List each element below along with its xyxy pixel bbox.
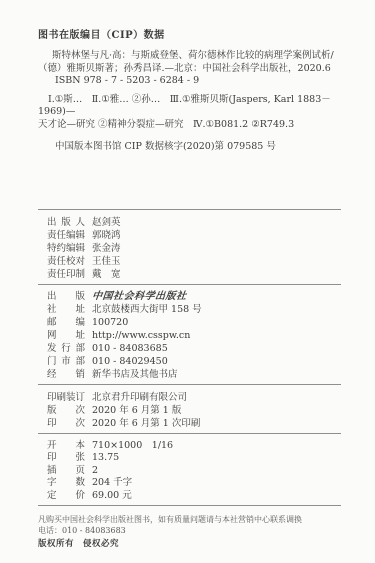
publisher-label: 邮编	[47, 316, 85, 329]
format-value: 204 千字	[92, 477, 132, 488]
publisher-value: 北京鼓楼西大街甲 158 号	[92, 304, 202, 315]
format-row: 开本710×1000 1/16	[47, 440, 341, 453]
cip-description-line1: 斯特林堡与凡·高：与斯威登堡、荷尔德林作比较的病理学案例试析/	[38, 50, 341, 63]
copyright-page: 图书在版编目（CIP）数据 斯特林堡与凡·高：与斯威登堡、荷尔德林作比较的病理学…	[0, 0, 375, 563]
publisher-logo-text: 中国社会科学出版社	[91, 290, 187, 303]
publisher-row: 门市部010 - 84029450	[47, 355, 341, 368]
publisher-row: 发行部010 - 84083685	[47, 342, 341, 355]
isbn-line: ISBN 978 - 7 - 5203 - 6284 - 9	[38, 75, 341, 88]
service-phone: 电话：010 - 84083683	[38, 525, 341, 536]
printing-row: 版次2020 年 6 月第 1 版	[47, 404, 341, 417]
publisher-section: 出版中国社会科学出版社 社址北京鼓楼西大街甲 158 号 邮编100720 网址…	[38, 285, 341, 384]
format-row: 定价69.00 元	[47, 490, 341, 503]
printing-label: 印刷装订	[47, 391, 85, 404]
credit-value: 王佳玉	[92, 256, 121, 267]
publisher-row: 经销新华书店及其他书店	[47, 368, 341, 381]
publisher-value: 010 - 84029450	[92, 356, 168, 367]
credit-row: 责任编辑郭晓鸿	[47, 229, 341, 242]
credit-value: 戴 宽	[92, 269, 121, 280]
cip-header: 图书在版编目（CIP）数据	[38, 30, 341, 42]
credit-label: 责任编辑	[47, 229, 85, 242]
cip-classification: Ⅰ.①斯… Ⅱ.①雅… ②孙… Ⅲ.①雅斯贝斯(Jaspers, Karl 18…	[38, 94, 341, 132]
publisher-label: 发行部	[47, 342, 85, 355]
classification-line2: 天才论—研究 ②精神分裂症—研究 Ⅳ.①B081.2 ②R749.3	[38, 119, 341, 132]
quality-notice: 凡购买中国社会科学出版社图书，如有质量问题请与本社营销中心联系调换	[38, 514, 341, 525]
format-value: 2	[92, 465, 98, 476]
publisher-row: 网址http://www.csspw.cn	[47, 329, 341, 342]
credit-label: 出版人	[47, 216, 85, 229]
printing-value: 2020 年 6 月第 1 次印刷	[92, 418, 200, 429]
publisher-row: 邮编100720	[47, 316, 341, 329]
format-value: 69.00 元	[92, 490, 132, 501]
credit-value: 张金涛	[92, 243, 121, 254]
credit-value: 郭晓鸿	[92, 230, 121, 241]
credit-row: 责任校对王佳玉	[47, 255, 341, 268]
publisher-value: 100720	[92, 317, 128, 328]
printing-label: 印次	[47, 417, 85, 430]
cip-description: 斯特林堡与凡·高：与斯威登堡、荷尔德林作比较的病理学案例试析/ （德）雅斯贝斯著…	[38, 50, 341, 88]
publisher-label: 出版	[47, 290, 85, 303]
publisher-value: 010 - 84083685	[92, 343, 168, 354]
credit-label: 责任印制	[47, 268, 85, 281]
cip-record-number: 中国版本图书馆 CIP 数据核字(2020)第 079585 号	[38, 141, 341, 154]
classification-line1: Ⅰ.①斯… Ⅱ.①雅… ②孙… Ⅲ.①雅斯贝斯(Jaspers, Karl 18…	[38, 94, 341, 119]
divider	[38, 505, 341, 506]
credits-section: 出版人赵剑英 责任编辑郭晓鸿 特约编辑张金涛 责任校对王佳玉 责任印制戴 宽	[38, 210, 341, 284]
footer-notice: 凡购买中国社会科学出版社图书，如有质量问题请与本社营销中心联系调换 电话：010…	[38, 514, 341, 550]
publisher-label: 网址	[47, 329, 85, 342]
format-row: 印张13.75	[47, 452, 341, 465]
format-label: 插页	[47, 465, 85, 478]
credit-label: 特约编辑	[47, 242, 85, 255]
publisher-label: 门市部	[47, 355, 85, 368]
publisher-label: 社址	[47, 303, 85, 316]
cip-description-line2: （德）雅斯贝斯著；孙秀昌译.—北京：中国社会科学出版社，2020.6	[38, 63, 341, 76]
printing-value: 北京君升印刷有限公司	[92, 392, 187, 403]
printing-row: 印刷装订北京君升印刷有限公司	[47, 391, 341, 404]
format-row: 插页2	[47, 465, 341, 478]
printing-value: 2020 年 6 月第 1 版	[92, 405, 181, 416]
publisher-label: 经销	[47, 368, 85, 381]
format-section: 开本710×1000 1/16 印张13.75 插页2 字数204 千字 定价6…	[38, 434, 341, 506]
format-value: 13.75	[92, 452, 119, 463]
format-value: 710×1000 1/16	[92, 440, 173, 451]
publisher-row: 社址北京鼓楼西大街甲 158 号	[47, 303, 341, 316]
copyright-statement: 版权所有 侵权必究	[38, 539, 341, 550]
printing-section: 印刷装订北京君升印刷有限公司 版次2020 年 6 月第 1 版 印次2020 …	[38, 385, 341, 433]
printing-row: 印次2020 年 6 月第 1 次印刷	[47, 417, 341, 430]
format-label: 定价	[47, 490, 85, 503]
credit-label: 责任校对	[47, 255, 85, 268]
credit-row: 责任印制戴 宽	[47, 268, 341, 281]
format-label: 字数	[47, 477, 85, 490]
format-label: 印张	[47, 452, 85, 465]
format-label: 开本	[47, 440, 85, 453]
publisher-row: 出版中国社会科学出版社	[47, 290, 341, 303]
credit-value: 赵剑英	[92, 217, 121, 228]
printing-label: 版次	[47, 404, 85, 417]
credit-row: 特约编辑张金涛	[47, 242, 341, 255]
publisher-value: http://www.csspw.cn	[92, 330, 190, 341]
credit-row: 出版人赵剑英	[47, 216, 341, 229]
format-row: 字数204 千字	[47, 477, 341, 490]
publisher-value: 新华书店及其他书店	[92, 369, 178, 380]
